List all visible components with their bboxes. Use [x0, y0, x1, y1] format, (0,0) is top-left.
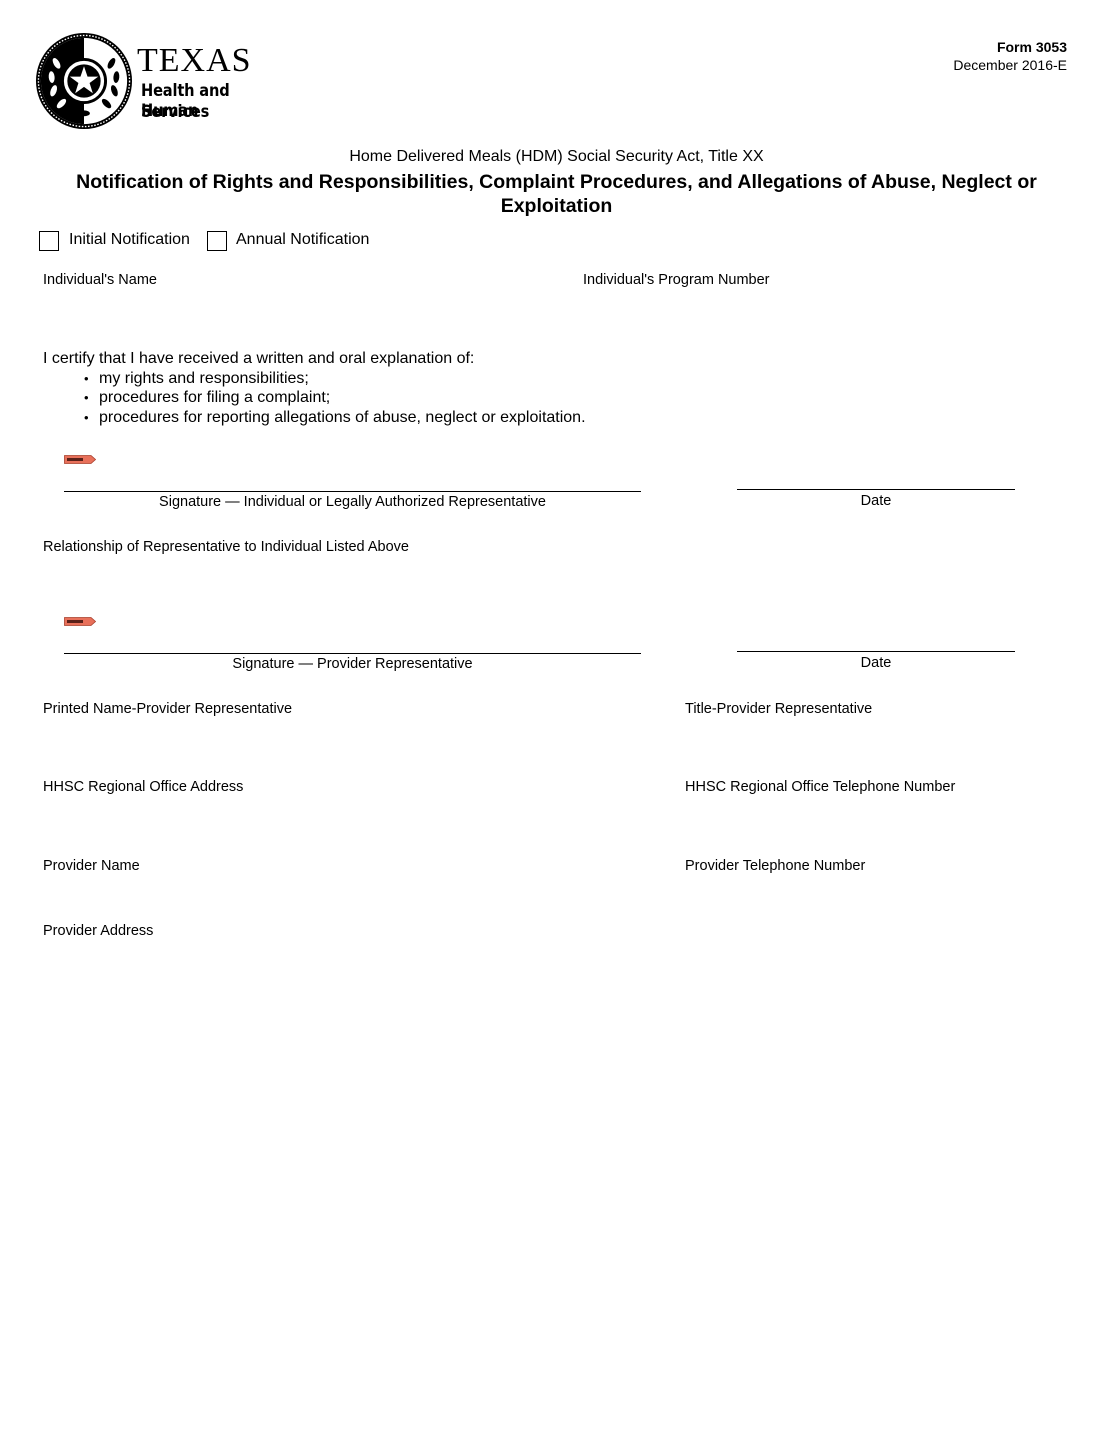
initial-notification-label: Initial Notification	[69, 231, 190, 249]
printed-name-label: Printed Name-Provider Representative	[43, 701, 292, 717]
annual-notification-checkbox[interactable]	[207, 231, 227, 251]
certification-intro: I certify that I have received a written…	[43, 349, 586, 369]
logo-line-2: Services	[141, 102, 209, 122]
certification-item: procedures for filing a complaint;	[84, 388, 586, 408]
provider-date-line	[737, 651, 1015, 652]
title-rep-field[interactable]	[685, 720, 1065, 760]
form-subtitle: Home Delivered Meals (HDM) Social Securi…	[0, 148, 1113, 166]
provider-date-caption: Date	[737, 655, 1015, 671]
form-date: December 2016-E	[953, 56, 1067, 74]
provider-date-field[interactable]	[737, 622, 1015, 650]
provider-signature-field[interactable]	[64, 624, 641, 652]
regional-phone-label: HHSC Regional Office Telephone Number	[685, 779, 955, 795]
provider-address-label: Provider Address	[43, 923, 153, 939]
regional-address-label: HHSC Regional Office Address	[43, 779, 243, 795]
hhs-logo: TEXAS Health and Human Services	[35, 32, 295, 132]
title-rep-label: Title-Provider Representative	[685, 701, 872, 717]
individual-date-line	[737, 489, 1015, 490]
program-number-field[interactable]	[583, 292, 1063, 328]
individual-name-field[interactable]	[43, 292, 563, 328]
certification-statement: I certify that I have received a written…	[43, 349, 586, 427]
relationship-label: Relationship of Representative to Indivi…	[43, 539, 409, 555]
individual-date-caption: Date	[737, 493, 1015, 509]
provider-name-field[interactable]	[43, 877, 663, 917]
annual-notification-label: Annual Notification	[236, 231, 369, 249]
provider-phone-field[interactable]	[685, 877, 1065, 917]
logo-wordmark: TEXAS	[137, 44, 252, 78]
texas-seal-icon	[35, 32, 133, 130]
individual-signature-caption: Signature — Individual or Legally Author…	[64, 494, 641, 510]
regional-address-field[interactable]	[43, 798, 663, 838]
provider-signature-line	[64, 653, 641, 654]
provider-name-label: Provider Name	[43, 858, 140, 874]
individual-signature-line	[64, 491, 641, 492]
form-identifier: Form 3053 December 2016-E	[953, 38, 1067, 74]
certification-item: my rights and responsibilities;	[84, 369, 586, 389]
initial-notification-checkbox[interactable]	[39, 231, 59, 251]
individual-date-field[interactable]	[737, 460, 1015, 488]
certification-list: my rights and responsibilities; procedur…	[84, 369, 586, 428]
relationship-field[interactable]	[43, 558, 643, 598]
printed-name-field[interactable]	[43, 720, 663, 760]
program-number-label: Individual's Program Number	[583, 272, 770, 288]
provider-phone-label: Provider Telephone Number	[685, 858, 865, 874]
certification-item: procedures for reporting allegations of …	[84, 408, 586, 428]
form-title: Notification of Rights and Responsibilit…	[40, 170, 1073, 218]
provider-signature-caption: Signature — Provider Representative	[64, 656, 641, 672]
regional-phone-field[interactable]	[685, 798, 1065, 838]
individual-name-label: Individual's Name	[43, 272, 157, 288]
provider-address-field[interactable]	[43, 942, 1063, 982]
individual-signature-field[interactable]	[64, 462, 641, 490]
form-number: Form 3053	[953, 38, 1067, 56]
